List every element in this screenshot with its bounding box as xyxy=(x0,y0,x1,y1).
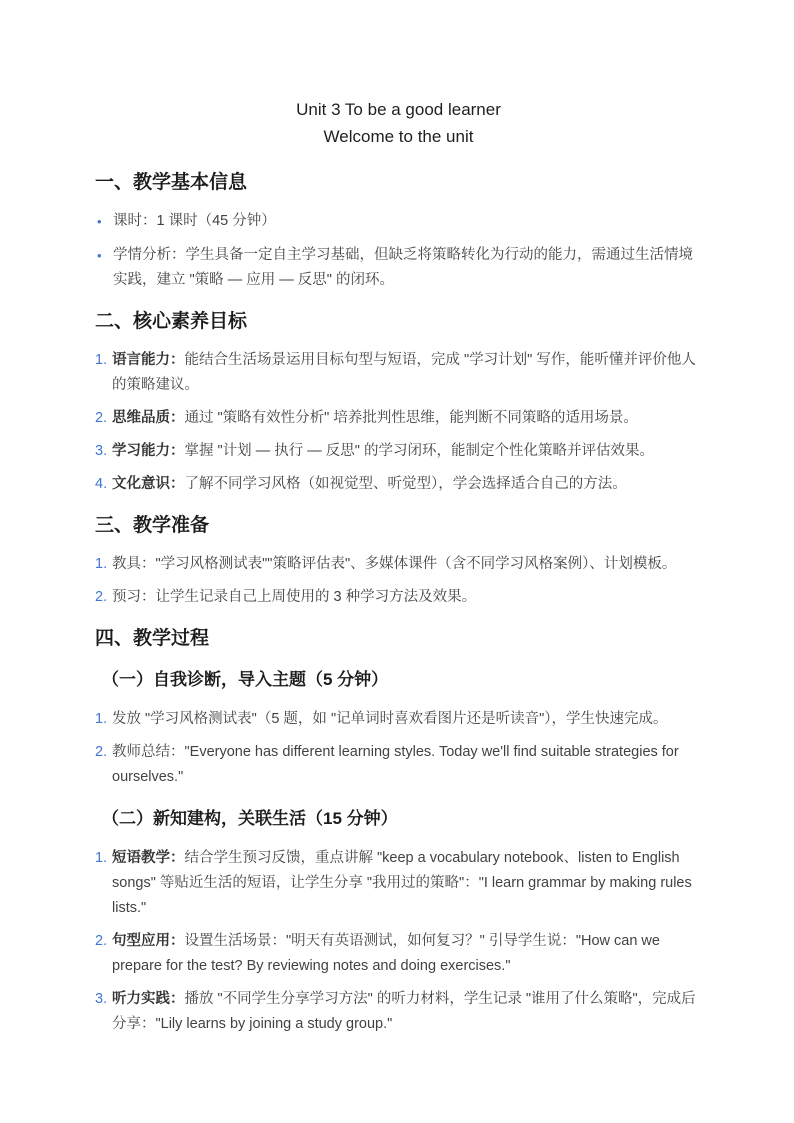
list-item-text: 短语教学：结合学生预习反馈，重点讲解 "keep a vocabulary no… xyxy=(112,846,702,921)
list-item: 2. 思维品质：通过 "策略有效性分析" 培养批判性思维，能判断不同策略的适用场… xyxy=(95,406,702,431)
list-item: 3. 听力实践：播放 "不同学生分享学习方法" 的听力材料，学生记录 "谁用了什… xyxy=(95,987,702,1037)
list-item-text: 思维品质：通过 "策略有效性分析" 培养批判性思维，能判断不同策略的适用场景。 xyxy=(112,406,702,431)
item-body: 了解不同学习风格（如视觉型、听觉型），学会选择适合自己的方法。 xyxy=(185,476,627,492)
core-goals-list: 1. 语言能力：能结合生活场景运用目标句型与短语，完成 "学习计划" 写作，能听… xyxy=(95,348,702,497)
bullet-icon: • xyxy=(95,243,113,268)
item-body: 播放 "不同学生分享学习方法" 的听力材料，学生记录 "谁用了什么策略"，完成后… xyxy=(112,991,696,1032)
list-item: • 课时：1 课时（45 分钟） xyxy=(95,209,702,234)
list-item: 1. 发放 "学习风格测试表"（5 题，如 "记单词时喜欢看图片还是听读音"），… xyxy=(95,707,702,732)
list-item-text: 课时：1 课时（45 分钟） xyxy=(113,209,702,234)
preparation-list: 1. 教具："学习风格测试表""策略评估表"、多媒体课件（含不同学习风格案例）、… xyxy=(95,552,702,610)
document-page: Unit 3 To be a good learner Welcome to t… xyxy=(0,0,794,1123)
title-line-2: Welcome to the unit xyxy=(95,123,702,150)
list-number: 3. xyxy=(95,439,112,464)
item-label: 听力实践： xyxy=(112,991,185,1007)
subsection-heading-diagnosis: （一）自我诊断，导入主题（5 分钟） xyxy=(102,667,702,692)
basic-info-list: • 课时：1 课时（45 分钟） • 学情分析：学生具备一定自主学习基础，但缺乏… xyxy=(95,209,702,293)
list-number: 1. xyxy=(95,348,112,373)
diagnosis-list: 1. 发放 "学习风格测试表"（5 题，如 "记单词时喜欢看图片还是听读音"），… xyxy=(95,707,702,790)
list-item: 3. 学习能力：掌握 "计划 — 执行 — 反思" 的学习闭环，能制定个性化策略… xyxy=(95,439,702,464)
list-item-text: 预习：让学生记录自己上周使用的 3 种学习方法及效果。 xyxy=(112,585,702,610)
item-label: 文化意识： xyxy=(112,476,185,492)
bullet-icon: • xyxy=(95,209,113,234)
section-heading-preparation: 三、教学准备 xyxy=(95,513,702,538)
item-label: 短语教学： xyxy=(112,850,185,866)
list-item-text: 学习能力：掌握 "计划 — 执行 — 反思" 的学习闭环，能制定个性化策略并评估… xyxy=(112,439,702,464)
list-item: 4. 文化意识：了解不同学习风格（如视觉型、听觉型），学会选择适合自己的方法。 xyxy=(95,472,702,497)
list-item-text: 听力实践：播放 "不同学生分享学习方法" 的听力材料，学生记录 "谁用了什么策略… xyxy=(112,987,702,1037)
item-body: 设置生活场景："明天有英语测试，如何复习？" 引导学生说："How can we… xyxy=(112,933,660,974)
title-line-1: Unit 3 To be a good learner xyxy=(95,96,702,123)
list-number: 2. xyxy=(95,406,112,431)
list-item: 2. 教师总结："Everyone has different learning… xyxy=(95,740,702,790)
construction-list: 1. 短语教学：结合学生预习反馈，重点讲解 "keep a vocabulary… xyxy=(95,846,702,1037)
list-item-text: 学情分析：学生具备一定自主学习基础，但缺乏将策略转化为行动的能力，需通过生活情境… xyxy=(113,243,702,293)
list-item-text: 教师总结："Everyone has different learning st… xyxy=(112,740,702,790)
subsection-heading-construction: （二）新知建构，关联生活（15 分钟） xyxy=(102,806,702,831)
item-body: 掌握 "计划 — 执行 — 反思" 的学习闭环，能制定个性化策略并评估效果。 xyxy=(185,443,654,459)
list-item: • 学情分析：学生具备一定自主学习基础，但缺乏将策略转化为行动的能力，需通过生活… xyxy=(95,243,702,293)
section-heading-process: 四、教学过程 xyxy=(95,626,702,651)
list-number: 2. xyxy=(95,929,112,954)
list-number: 4. xyxy=(95,472,112,497)
item-label: 学习能力： xyxy=(112,443,185,459)
item-body: 结合学生预习反馈，重点讲解 "keep a vocabulary noteboo… xyxy=(112,850,692,916)
item-body: 通过 "策略有效性分析" 培养批判性思维，能判断不同策略的适用场景。 xyxy=(185,410,638,426)
list-item-text: 句型应用：设置生活场景："明天有英语测试，如何复习？" 引导学生说："How c… xyxy=(112,929,702,979)
list-number: 1. xyxy=(95,552,112,577)
document-title: Unit 3 To be a good learner Welcome to t… xyxy=(95,96,702,150)
list-number: 3. xyxy=(95,987,112,1012)
list-item-text: 教具："学习风格测试表""策略评估表"、多媒体课件（含不同学习风格案例）、计划模… xyxy=(112,552,702,577)
list-item: 2. 预习：让学生记录自己上周使用的 3 种学习方法及效果。 xyxy=(95,585,702,610)
list-item-text: 语言能力：能结合生活场景运用目标句型与短语，完成 "学习计划" 写作，能听懂并评… xyxy=(112,348,702,398)
list-item: 2. 句型应用：设置生活场景："明天有英语测试，如何复习？" 引导学生说："Ho… xyxy=(95,929,702,979)
item-body: 能结合生活场景运用目标句型与短语，完成 "学习计划" 写作，能听懂并评价他人的策… xyxy=(112,352,696,393)
list-item: 1. 语言能力：能结合生活场景运用目标句型与短语，完成 "学习计划" 写作，能听… xyxy=(95,348,702,398)
list-item-text: 发放 "学习风格测试表"（5 题，如 "记单词时喜欢看图片还是听读音"），学生快… xyxy=(112,707,702,732)
list-item-text: 文化意识：了解不同学习风格（如视觉型、听觉型），学会选择适合自己的方法。 xyxy=(112,472,702,497)
item-label: 思维品质： xyxy=(112,410,185,426)
list-number: 2. xyxy=(95,740,112,765)
section-heading-basic-info: 一、教学基本信息 xyxy=(95,170,702,195)
item-label: 语言能力： xyxy=(112,352,185,368)
list-number: 1. xyxy=(95,846,112,871)
list-item: 1. 教具："学习风格测试表""策略评估表"、多媒体课件（含不同学习风格案例）、… xyxy=(95,552,702,577)
list-number: 2. xyxy=(95,585,112,610)
item-label: 句型应用： xyxy=(112,933,185,949)
list-item: 1. 短语教学：结合学生预习反馈，重点讲解 "keep a vocabulary… xyxy=(95,846,702,921)
list-number: 1. xyxy=(95,707,112,732)
section-heading-core-goals: 二、核心素养目标 xyxy=(95,309,702,334)
